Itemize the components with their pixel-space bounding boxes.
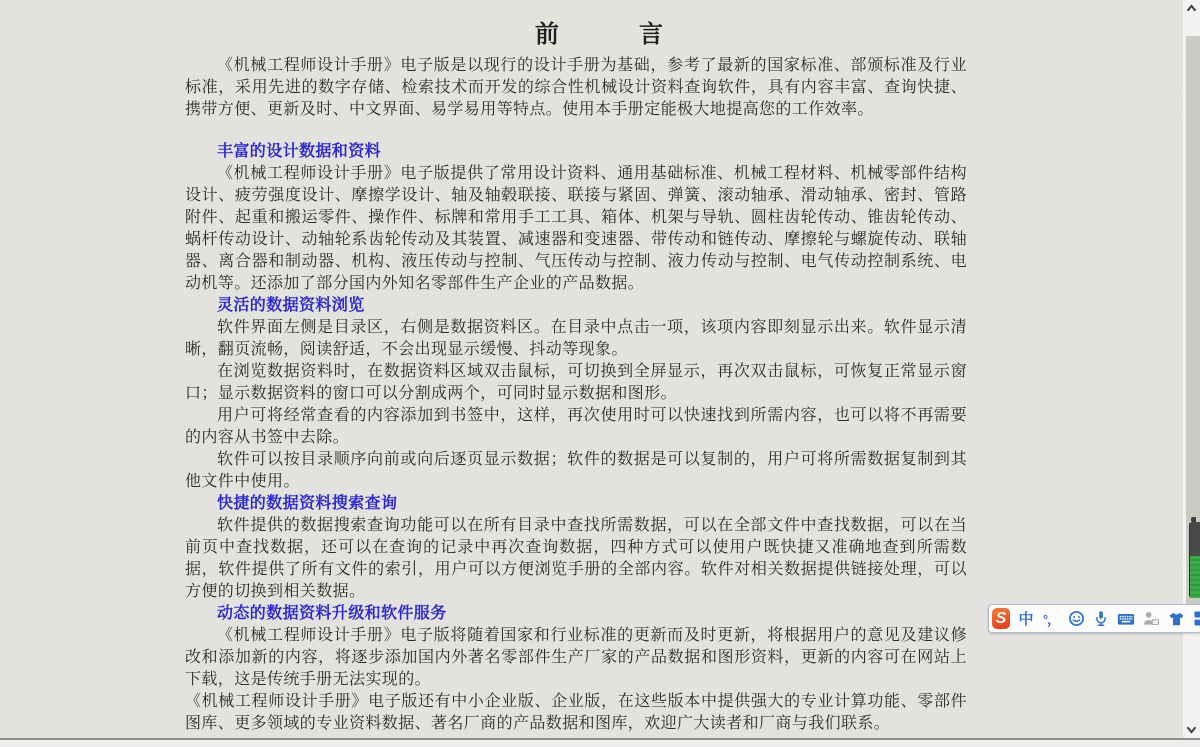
paragraph: 软件可以按目录顺序向前或向后逐页显示数据；软件的数据是可以复制的，用户可将所需数…	[185, 449, 967, 493]
battery-widget[interactable]	[1189, 517, 1200, 598]
section-heading: 灵活的数据资料浏览	[185, 295, 967, 317]
skin-button[interactable]	[1167, 608, 1185, 630]
sogou-logo[interactable]: S	[992, 608, 1010, 630]
paragraph: 用户可将经常查看的内容添加到书签中，这样，再次使用时可以快速找到所需内容，也可以…	[185, 405, 967, 449]
paragraph: 软件提供的数据搜索查询功能可以在所有目录中查找所需数据，可以在全部文件中查找数据…	[185, 515, 967, 603]
chevron-up-icon	[1184, 1, 1199, 16]
soft-keyboard-icon	[1117, 611, 1135, 627]
paragraph: 《机械工程师设计手册》电子版还有中小企业版、企业版，在这些版本中提供强大的专业计…	[185, 691, 967, 735]
emoji-icon	[1068, 610, 1085, 627]
battery-charge-section	[1190, 556, 1200, 598]
section-heading: 丰富的设计数据和资料	[185, 141, 967, 163]
chinese-mode-icon: 中	[1018, 608, 1033, 629]
punctuation-icon: °，	[1043, 609, 1059, 628]
chinese-mode-toggle[interactable]: 中	[1017, 608, 1035, 630]
paragraph: 《机械工程师设计手册》电子版将随着国家和行业标准的更新而及时更新，将根据用户的意…	[185, 625, 967, 691]
login-button[interactable]	[1142, 608, 1160, 630]
chevron-down-icon	[1184, 722, 1199, 737]
ime-toolbar[interactable]: S 中 °，	[988, 604, 1200, 633]
paragraph: 软件界面左侧是目录区，右侧是数据资料区。在目录中点击一项，该项内容即刻显示出来。…	[185, 317, 967, 361]
login-person-icon	[1142, 610, 1160, 627]
section-heading: 快捷的数据资料搜索查询	[185, 493, 967, 515]
battery-empty-section	[1190, 522, 1200, 556]
section-heading: 动态的数据资料升级和软件服务	[185, 603, 967, 625]
paragraph: 《机械工程师设计手册》电子版是以现行的设计手册为基础，参考了最新的国家标准、部颁…	[185, 55, 967, 121]
battery-body	[1189, 522, 1200, 598]
toolbox-button[interactable]	[1192, 608, 1200, 630]
toolbox-grid-icon	[1193, 610, 1200, 627]
voice-input-button[interactable]	[1092, 608, 1110, 630]
page-title: 前 言	[0, 14, 1200, 49]
emoji-button[interactable]	[1067, 608, 1085, 630]
sogou-logo-icon: S	[992, 608, 1010, 629]
voice-input-icon	[1093, 610, 1109, 627]
document-body: 《机械工程师设计手册》电子版是以现行的设计手册为基础，参考了最新的国家标准、部颁…	[185, 55, 967, 735]
paragraph: 在浏览数据资料时，在数据资料区域双击鼠标，可切换到全屏显示，再次双击鼠标，可恢复…	[185, 361, 967, 405]
window-bottom-edge	[0, 738, 1200, 747]
punctuation-toggle[interactable]: °，	[1042, 608, 1060, 630]
paragraph: 《机械工程师设计手册》电子版提供了常用设计资料、通用基础标准、机械工程材料、机械…	[185, 163, 967, 295]
scroll-down-button[interactable]	[1183, 721, 1200, 738]
skin-tshirt-icon	[1168, 611, 1185, 627]
soft-keyboard-button[interactable]	[1117, 608, 1135, 630]
scroll-up-button[interactable]	[1183, 0, 1200, 17]
